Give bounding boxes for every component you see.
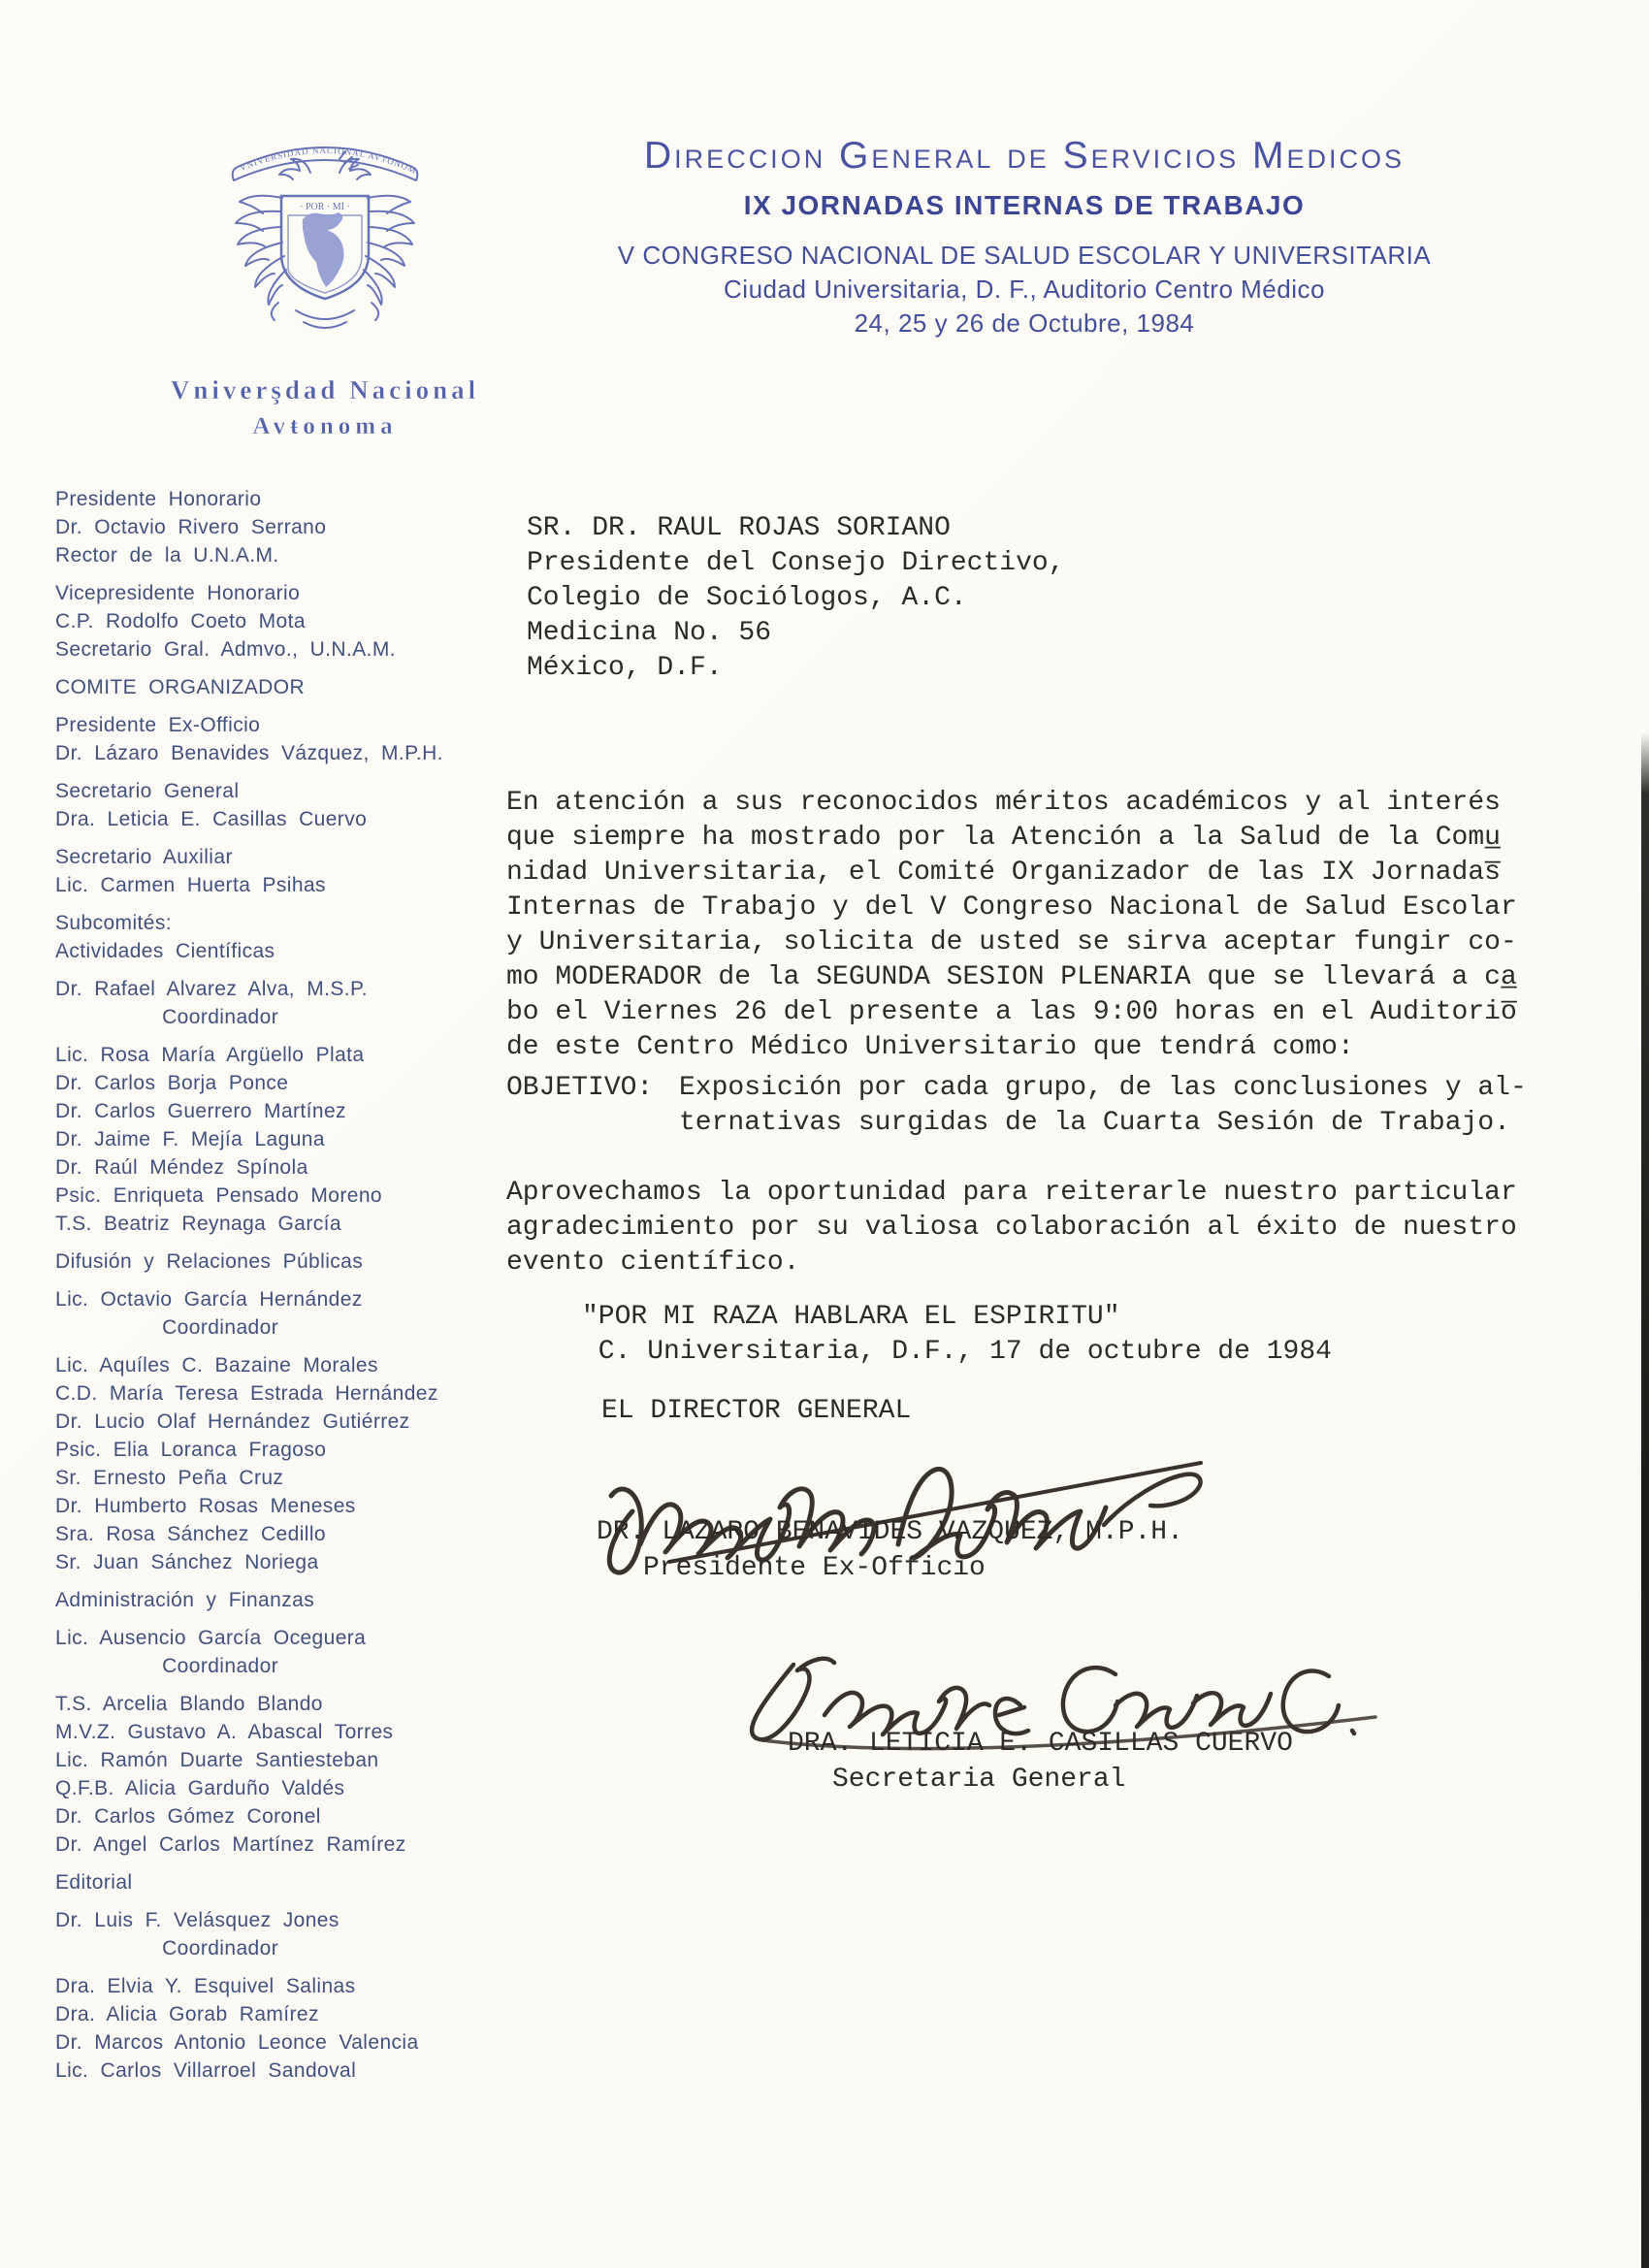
sidebar-line: Coordinador xyxy=(55,1313,482,1342)
sidebar-line: Sr. Juan Sánchez Noriega xyxy=(55,1548,482,1576)
sidebar-line: Dr. Lucio Olaf Hernández Gutiérrez xyxy=(55,1408,482,1436)
university-name-line2: Avŧonoma xyxy=(136,407,514,446)
letterhead-dates: 24, 25 y 26 de Octubre, 1984 xyxy=(423,307,1626,340)
sidebar-line: Q.F.B. Alicia Garduño Valdés xyxy=(55,1774,482,1802)
signer2-role: Secretaria General xyxy=(832,1763,1125,1798)
sidebar-line: T.S. Arcelia Blando Blando xyxy=(55,1690,482,1718)
sidebar-line: Secretario Auxiliar xyxy=(55,843,482,871)
signer2-name: DRA. LETICIA E. CASILLAS CUERVO xyxy=(788,1727,1293,1762)
motto-and-date: "POR MI RAZA HABLARA EL ESPIRITU" C. Uni… xyxy=(582,1300,1332,1370)
scan-edge-shadow xyxy=(1641,732,1649,2268)
sidebar-line: Dr. Raúl Méndez Spínola xyxy=(55,1153,482,1182)
text-line: Medicina No. 56 xyxy=(527,616,1065,651)
sidebar-line: Vicepresidente Honorario xyxy=(55,579,482,607)
sidebar-line: Dr. Rafael Alvarez Alva, M.S.P. xyxy=(55,975,482,1003)
sidebar-line: Secretario General xyxy=(55,777,482,805)
sidebar-line: Psic. Enriqueta Pensado Moreno xyxy=(55,1182,482,1210)
letterhead-congress: V CONGRESO NACIONAL DE SALUD ESCOLAR Y U… xyxy=(423,239,1626,273)
unam-crest-icon: VNIVERSIDAD NACIONAL AVTONOMA DMEXICO xyxy=(210,109,439,373)
sidebar-line: Coordinador xyxy=(55,1934,482,1962)
text-line: SR. DR. RAUL ROJAS SORIANO xyxy=(527,511,1065,546)
sidebar-line: Difusión y Relaciones Públicas xyxy=(55,1247,482,1276)
sidebar-line: Psic. Elia Loranca Fragoso xyxy=(55,1436,482,1464)
objetivo-label: OBJETIVO: xyxy=(506,1071,679,1141)
recipient-block: SR. DR. RAUL ROJAS SORIANOPresidente del… xyxy=(527,511,1065,686)
text-line: Internas de Trabajo y del V Congreso Nac… xyxy=(506,891,1517,925)
text-line: ternativas surgidas de la Cuarta Sesión … xyxy=(679,1106,1527,1141)
sidebar-line: Lic. Rosa María Argüello Plata xyxy=(55,1041,482,1069)
university-name-line1: Vniverşdad Nacional xyxy=(171,375,479,405)
text-line: Colegio de Sociólogos, A.C. xyxy=(527,581,1065,616)
sidebar-line: Coordinador xyxy=(55,1652,482,1680)
sidebar-group: Administración y Finanzas xyxy=(55,1586,482,1614)
sidebar-line: Presidente Honorario xyxy=(55,485,482,513)
sidebar-group: Lic. Ausencio García Oceguera Coordinado… xyxy=(55,1624,482,1680)
sidebar-group: Presidente HonorarioDr. Octavio Rivero S… xyxy=(55,485,482,569)
sidebar-line: Lic. Ramón Duarte Santiesteban xyxy=(55,1746,482,1774)
text-line: México, D.F. xyxy=(527,651,1065,686)
sidebar-line: Dr. Angel Carlos Martínez Ramírez xyxy=(55,1831,482,1859)
letter-page: VNIVERSIDAD NACIONAL AVTONOMA DMEXICO xyxy=(0,0,1649,2268)
shield-motto-text: · POR · MI · xyxy=(300,202,350,212)
text-line: "POR MI RAZA HABLARA EL ESPIRITU" xyxy=(582,1300,1332,1335)
sidebar-group: Lic. Aquíles C. Bazaine MoralesC.D. Marí… xyxy=(55,1351,482,1576)
body-paragraph-1: En atención a sus reconocidos méritos ac… xyxy=(506,786,1517,1065)
sidebar-group: Dr. Rafael Alvarez Alva, M.S.P. Coordina… xyxy=(55,975,482,1031)
sidebar-line: Lic. Ausencio García Oceguera xyxy=(55,1624,482,1652)
sidebar-line: Dr. Jaime F. Mejía Laguna xyxy=(55,1125,482,1153)
sidebar-line: Secretario Gral. Admvo., U.N.A.M. xyxy=(55,635,482,664)
sidebar-line: Dr. Humberto Rosas Meneses xyxy=(55,1492,482,1520)
sidebar-line: Sra. Rosa Sánchez Cedillo xyxy=(55,1520,482,1548)
sidebar-group: Vicepresidente HonorarioC.P. Rodolfo Coe… xyxy=(55,579,482,664)
sidebar-line: Rector de la U.N.A.M. xyxy=(55,541,482,569)
body-paragraph-2: Aprovechamos la oportunidad para reitera… xyxy=(506,1176,1517,1280)
sidebar-line: Lic. Carmen Huerta Psihas xyxy=(55,871,482,899)
sidebar-line: Dr. Octavio Rivero Serrano xyxy=(55,513,482,541)
sidebar-line: Dr. Carlos Guerrero Martínez xyxy=(55,1097,482,1125)
text-line: de este Centro Médico Universitario que … xyxy=(506,1030,1517,1065)
signer1-name: DR. LAZARO BENAVIDES VAZQUEZ, M.P.H. xyxy=(597,1515,1183,1550)
sidebar-group: T.S. Arcelia Blando BlandoM.V.Z. Gustavo… xyxy=(55,1690,482,1859)
sidebar-line: M.V.Z. Gustavo A. Abascal Torres xyxy=(55,1718,482,1746)
sidebar-group: Lic. Octavio García Hernández Coordinado… xyxy=(55,1285,482,1342)
sidebar-line: Dr. Carlos Borja Ponce xyxy=(55,1069,482,1097)
sidebar-group: Subcomités:Actividades Científicas xyxy=(55,909,482,965)
objetivo-text: Exposición por cada grupo, de las conclu… xyxy=(679,1071,1527,1141)
text-line: bo el Viernes 26 del presente a las 9:00… xyxy=(506,995,1517,1030)
sidebar-line: Dr. Lázaro Benavides Vázquez, M.P.H. xyxy=(55,739,482,767)
sidebar-line: Administración y Finanzas xyxy=(55,1586,482,1614)
text-line: Exposición por cada grupo, de las conclu… xyxy=(679,1071,1527,1106)
sidebar-line: Subcomités: xyxy=(55,909,482,937)
sidebar-group: Secretario AuxiliarLic. Carmen Huerta Ps… xyxy=(55,843,482,899)
sidebar-line: Dr. Carlos Gómez Coronel xyxy=(55,1802,482,1831)
sidebar-line: Editorial xyxy=(55,1868,482,1896)
sidebar-group: Dra. Elvia Y. Esquivel SalinasDra. Alici… xyxy=(55,1972,482,2085)
sidebar-group: Editorial xyxy=(55,1868,482,1896)
sidebar-group: Difusión y Relaciones Públicas xyxy=(55,1247,482,1276)
text-line: Presidente del Consejo Directivo, xyxy=(527,546,1065,581)
text-line: C. Universitaria, D.F., 17 de octubre de… xyxy=(582,1335,1332,1370)
sidebar-line: Sr. Ernesto Peña Cruz xyxy=(55,1464,482,1492)
sidebar-group: COMITE ORGANIZADOR xyxy=(55,673,482,701)
letterhead-event: IX JORNADAS INTERNAS DE TRABAJO xyxy=(423,190,1626,221)
text-line: y Universitaria, solicita de usted se si… xyxy=(506,925,1517,960)
sidebar-group: Presidente Ex-OfficioDr. Lázaro Benavide… xyxy=(55,711,482,767)
sidebar-line: Dra. Leticia E. Casillas Cuervo xyxy=(55,805,482,833)
sidebar-line: Dra. Elvia Y. Esquivel Salinas xyxy=(55,1972,482,2000)
sidebar-line: Coordinador xyxy=(55,1003,482,1031)
signer1-role: Presidente Ex-Officio xyxy=(643,1551,986,1586)
sidebar-group: Dr. Luis F. Velásquez Jones Coordinador xyxy=(55,1906,482,1962)
svg-text:VNIVERSIDAD NACIONAL AVTONOMA: VNIVERSIDAD NACIONAL AVTONOMA DMEXICO xyxy=(210,109,418,176)
sidebar-line: Dra. Alicia Gorab Ramírez xyxy=(55,2000,482,2028)
committee-sidebar: Presidente HonorarioDr. Octavio Rivero S… xyxy=(55,485,482,2094)
sidebar-line: Actividades Científicas xyxy=(55,937,482,965)
sidebar-line: Lic. Carlos Villarroel Sandoval xyxy=(55,2057,482,2085)
objetivo-block: OBJETIVO: Exposición por cada grupo, de … xyxy=(506,1071,1593,1141)
letterhead: Direccion General de Servicios Medicos I… xyxy=(423,134,1626,340)
text-line: En atención a sus reconocidos méritos ac… xyxy=(506,786,1517,821)
sidebar-line: Dr. Luis F. Velásquez Jones xyxy=(55,1906,482,1934)
sidebar-line: Lic. Aquíles C. Bazaine Morales xyxy=(55,1351,482,1379)
sidebar-line: C.P. Rodolfo Coeto Mota xyxy=(55,607,482,635)
sidebar-line: COMITE ORGANIZADOR xyxy=(55,673,482,701)
text-line: Aprovechamos la oportunidad para reitera… xyxy=(506,1176,1517,1211)
text-line: evento científico. xyxy=(506,1246,1517,1280)
sidebar-group: Secretario GeneralDra. Leticia E. Casill… xyxy=(55,777,482,833)
text-line: agradecimiento por su valiosa colaboraci… xyxy=(506,1211,1517,1246)
text-line: que siempre ha mostrado por la Atención … xyxy=(506,821,1517,856)
sidebar-line: Presidente Ex-Officio xyxy=(55,711,482,739)
sidebar-line: Dr. Marcos Antonio Leonce Valencia xyxy=(55,2028,482,2057)
text-line: mo MODERADOR de la SEGUNDA SESION PLENAR… xyxy=(506,960,1517,995)
sidebar-line: T.S. Beatriz Reynaga García xyxy=(55,1210,482,1238)
university-name: Vniverşdad Nacional Avŧonoma xyxy=(136,373,514,446)
letterhead-venue: Ciudad Universitaria, D. F., Auditorio C… xyxy=(423,273,1626,307)
text-line: nidad Universitaria, el Comité Organizad… xyxy=(506,856,1517,891)
sidebar-line: Lic. Octavio García Hernández xyxy=(55,1285,482,1313)
sidebar-group: Lic. Rosa María Argüello PlataDr. Carlos… xyxy=(55,1041,482,1238)
sidebar-line: C.D. María Teresa Estrada Hernández xyxy=(55,1379,482,1408)
letterhead-title: Direccion General de Servicios Medicos xyxy=(423,134,1626,178)
